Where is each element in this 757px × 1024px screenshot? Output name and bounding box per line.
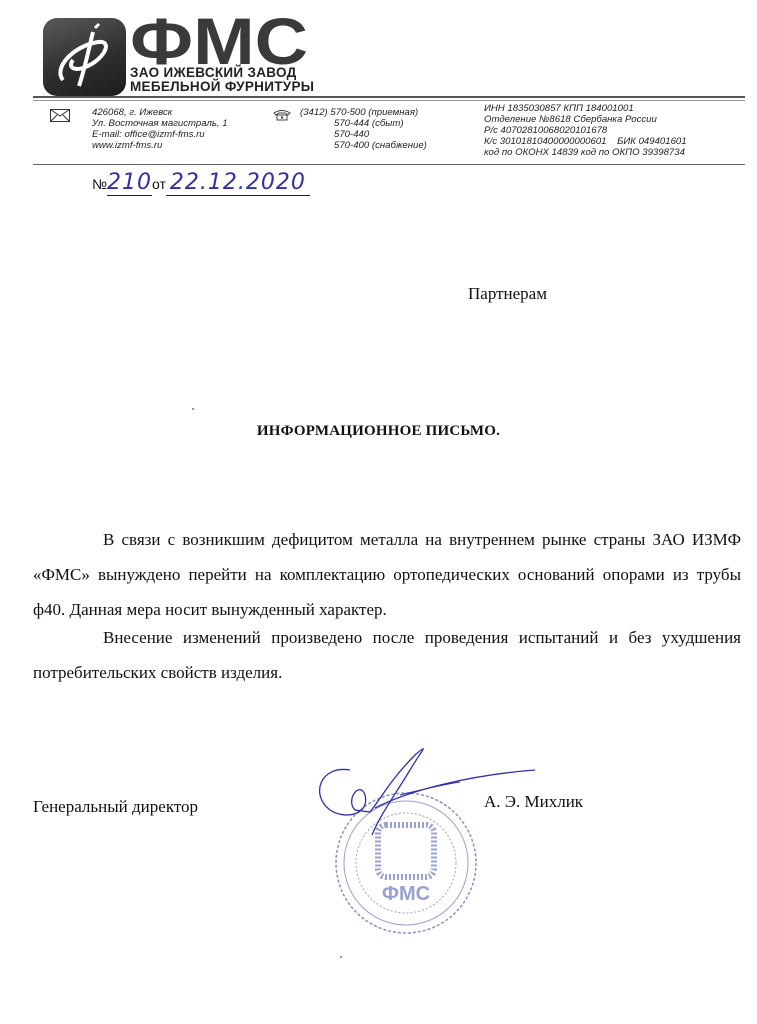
company-name-line2: МЕБЕЛЬНОЙ ФУРНИТУРЫ [130, 80, 314, 94]
number-label: № [92, 176, 107, 192]
logo-f-glyph-icon [43, 18, 126, 96]
header-divider [33, 96, 745, 98]
paragraph-text: В связи с возникшим дефицитом металла на… [33, 530, 741, 619]
company-name-line1: ЗАО ИЖЕВСКИЙ ЗАВОД [130, 66, 314, 80]
signer-name: А. Э. Михлик [484, 792, 583, 812]
phone-line: 570-444 (сбыт) [300, 118, 427, 129]
bank-line: код по ОКОНХ 14839 код по ОКПО 39398734 [484, 147, 687, 158]
email-link[interactable]: E-mail: office@izmf-fms.ru [92, 129, 228, 140]
header-bottom-divider [33, 164, 745, 165]
company-logo-emblem [43, 18, 126, 96]
header-divider-thin [33, 100, 745, 101]
bank-line: ИНН 1835030857 КПП 184001001 [484, 103, 687, 114]
address-line: 426068, г. Ижевск [92, 107, 228, 118]
recipient: Партнерам [468, 284, 547, 304]
letter-reference: №210от22.12.2020 [92, 170, 310, 196]
phone-line: (3412) 570-500 (приемная) [300, 107, 427, 118]
date-label: от [152, 176, 166, 192]
envelope-icon [50, 109, 70, 122]
bank-line: Р/с 40702810068020101678 [484, 125, 687, 136]
scan-speck [340, 956, 342, 958]
letter-number: 210 [107, 170, 152, 195]
phone-icon [273, 109, 291, 121]
bank-details-block: ИНН 1835030857 КПП 184001001 Отделение №… [484, 103, 687, 158]
company-name: ЗАО ИЖЕВСКИЙ ЗАВОД МЕБЕЛЬНОЙ ФУРНИТУРЫ [130, 66, 314, 94]
paragraph-text: Внесение изменений произведено после про… [33, 628, 741, 682]
website-link[interactable]: www.izmf-fms.ru [92, 140, 228, 151]
phones-block: (3412) 570-500 (приемная) 570-444 (сбыт)… [300, 107, 427, 151]
letter-date: 22.12.2020 [170, 170, 306, 195]
phone-line: 570-440 [300, 129, 427, 140]
signer-position: Генеральный директор [33, 797, 198, 817]
body-paragraph-1: В связи с возникшим дефицитом металла на… [33, 522, 741, 627]
address-line: Ул. Восточная магистраль, 1 [92, 118, 228, 129]
svg-text:ФМС: ФМС [382, 883, 430, 905]
body-paragraph-2: Внесение изменений произведено после про… [33, 620, 741, 690]
bank-line: К/с 30101810400000000601 БИК 049401601 [484, 136, 687, 147]
scan-speck [192, 408, 194, 410]
phone-line: 570-400 (снабжение) [300, 140, 427, 151]
address-block: 426068, г. Ижевск Ул. Восточная магистра… [92, 107, 228, 151]
letter-title: ИНФОРМАЦИОННОЕ ПИСЬМО. [0, 423, 757, 440]
bank-line: Отделение №8618 Сбербанка России [484, 114, 687, 125]
